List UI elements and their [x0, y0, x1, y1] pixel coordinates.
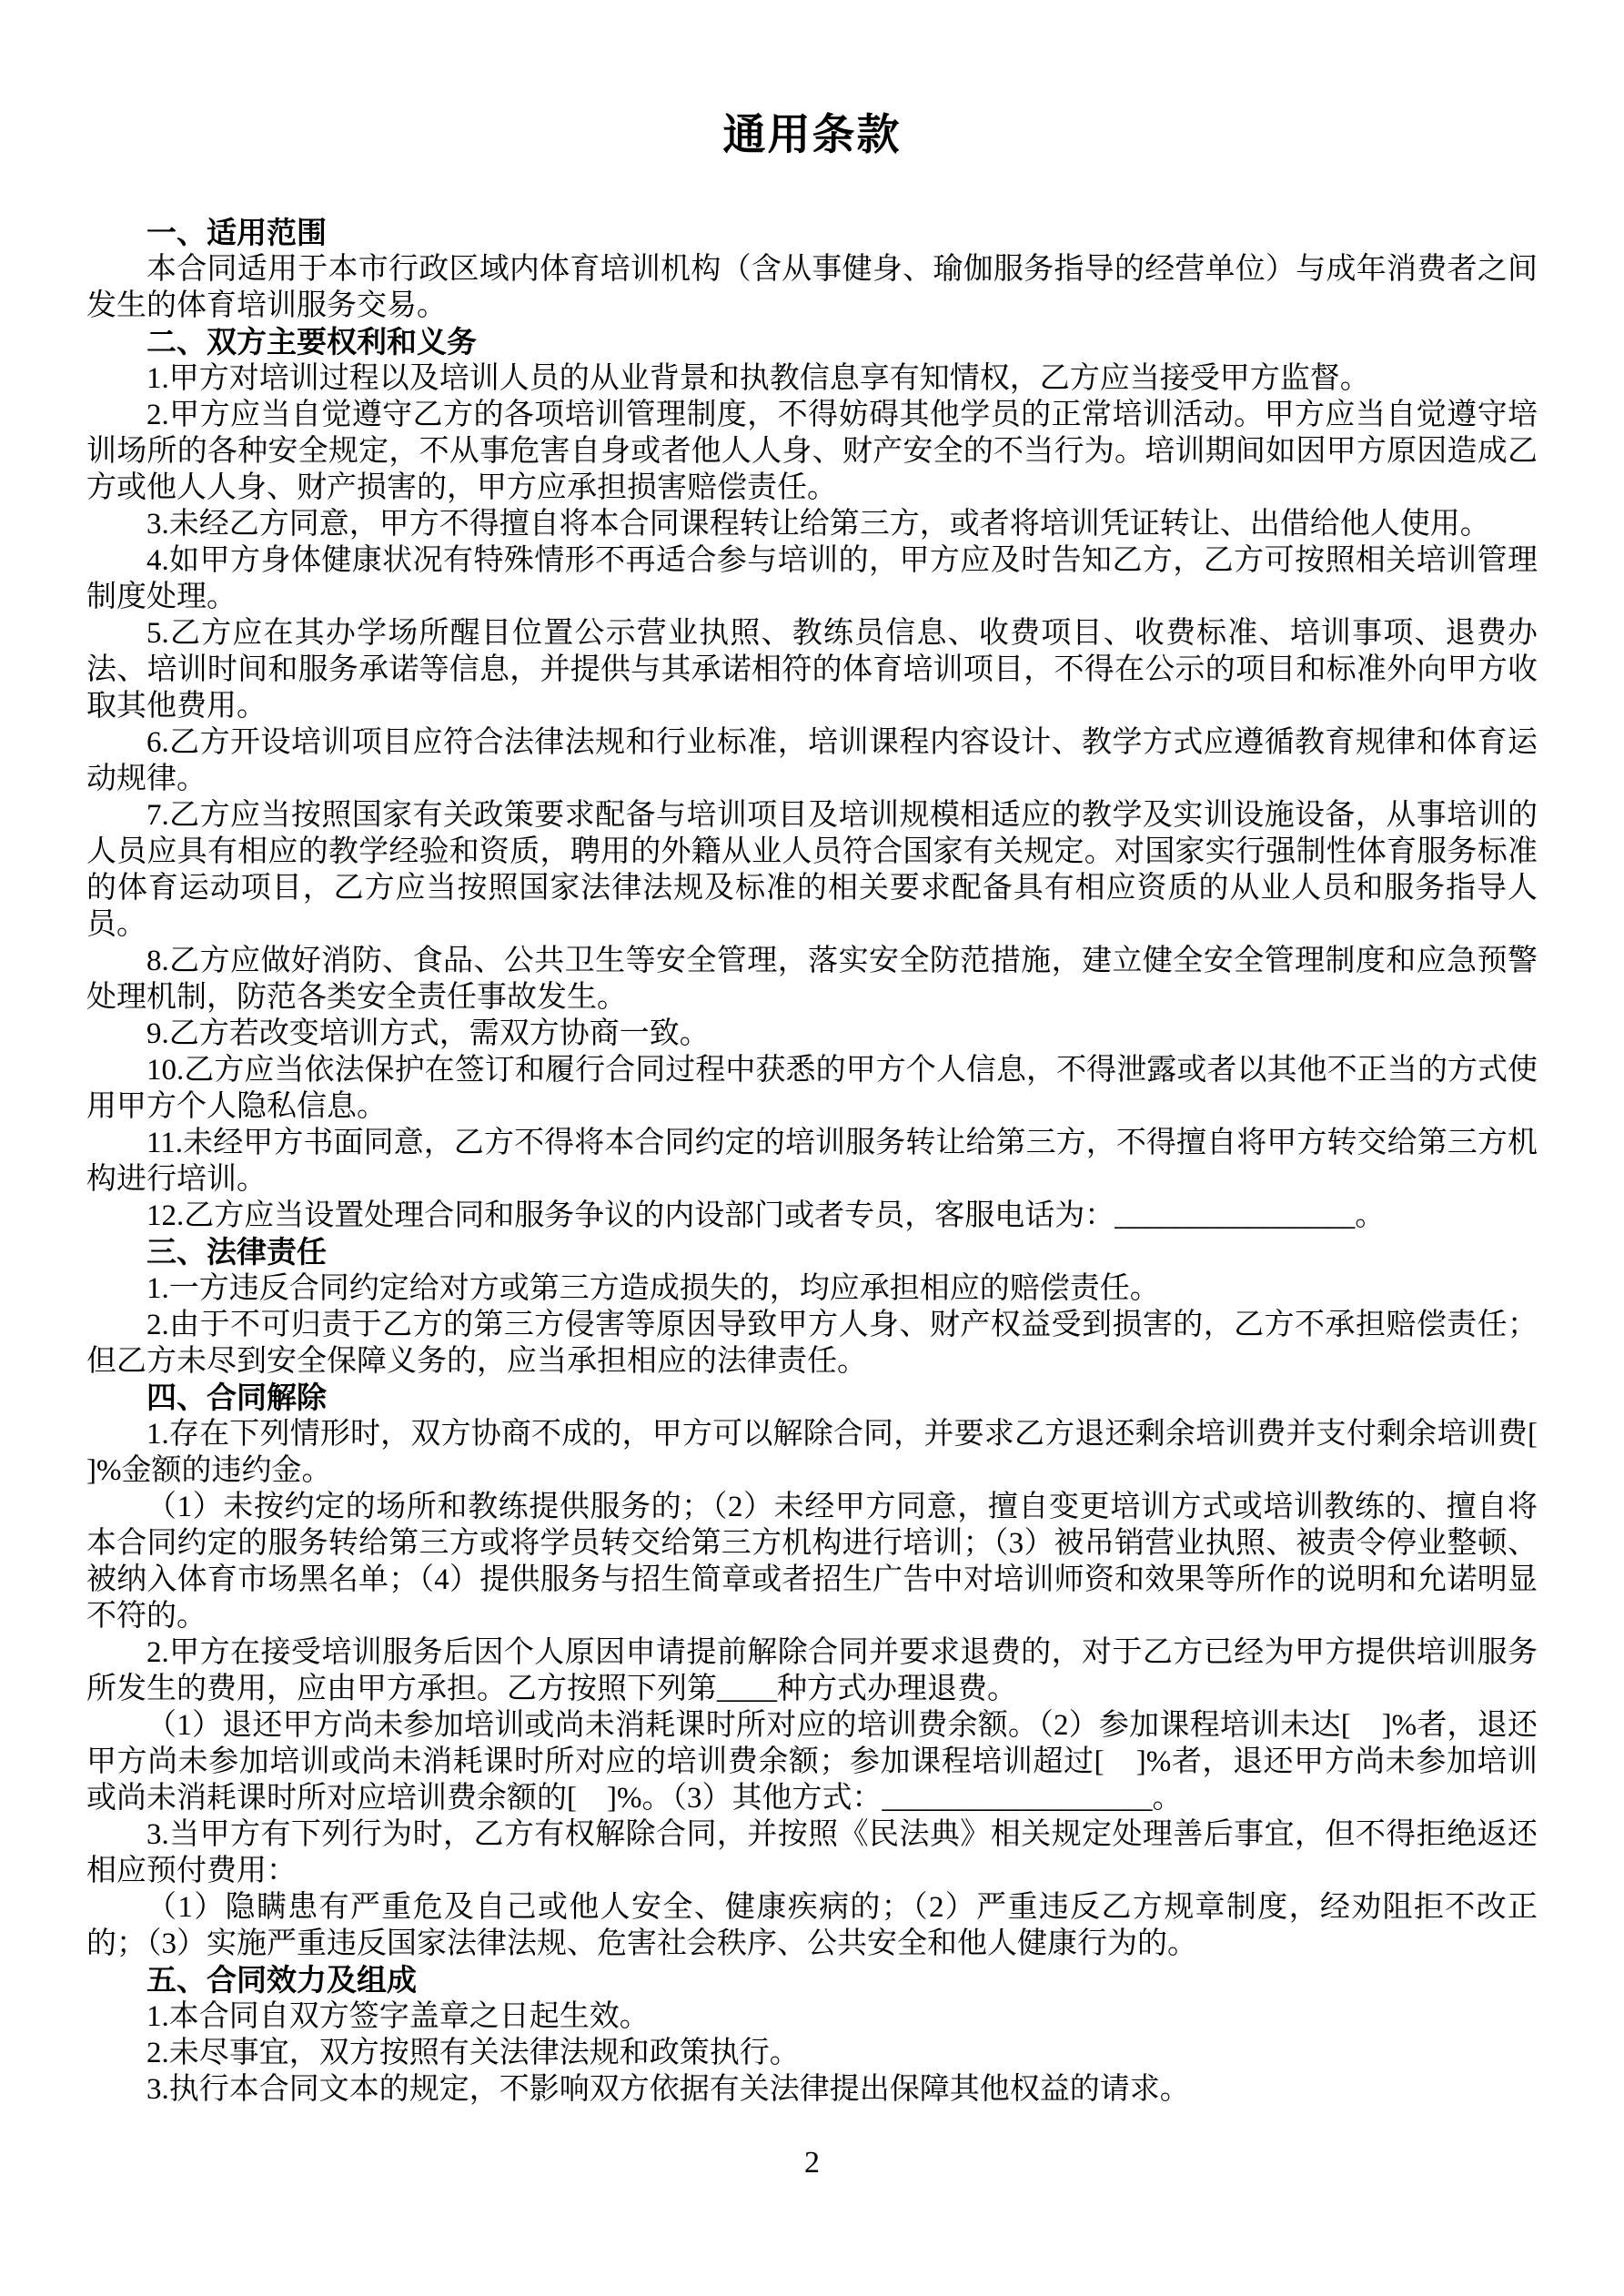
section-heading: 二、双方主要权利和义务	[86, 324, 1538, 360]
paragraph: （1）退还甲方尚未参加培训或尚未消耗课时所对应的培训费余额。（2）参加课程培训未…	[86, 1707, 1538, 1816]
paragraph: 3.当甲方有下列行为时，乙方有权解除合同，并按照《民法典》相关规定处理善后事宜，…	[86, 1816, 1538, 1889]
paragraph: （1）未按约定的场所和教练提供服务的；（2）未经甲方同意，擅自变更培训方式或培训…	[86, 1489, 1538, 1634]
paragraph: 7.乙方应当按照国家有关政策要求配备与培训项目及培训规模相适应的教学及实训设施设…	[86, 797, 1538, 943]
paragraph: 5.乙方应在其办学场所醒目位置公示营业执照、教练员信息、收费项目、收费标准、培训…	[86, 615, 1538, 724]
paragraph: 1.甲方对培训过程以及培训人员的从业背景和执教信息享有知情权，乙方应当接受甲方监…	[86, 360, 1538, 397]
paragraph: 1.存在下列情形时，双方协商不成的，甲方可以解除合同，并要求乙方退还剩余培训费并…	[86, 1416, 1538, 1489]
paragraph: 本合同适用于本市行政区域内体育培训机构（含从事健身、瑜伽服务指导的经营单位）与成…	[86, 251, 1538, 324]
paragraph: 6.乙方开设培训项目应符合法律法规和行业标准，培训课程内容设计、教学方式应遵循教…	[86, 724, 1538, 797]
paragraph: 2.由于不可归责于乙方的第三方侵害等原因导致甲方人身、财产权益受到损害的，乙方不…	[86, 1307, 1538, 1380]
paragraph: 4.如甲方身体健康状况有特殊情形不再适合参与培训的，甲方应及时告知乙方，乙方可按…	[86, 542, 1538, 615]
document-body: 一、适用范围本合同适用于本市行政区域内体育培训机构（含从事健身、瑜伽服务指导的经…	[86, 215, 1538, 2108]
section-heading: 四、合同解除	[86, 1380, 1538, 1416]
paragraph: 2.甲方在接受培训服务后因个人原因申请提前解除合同并要求退费的，对于乙方已经为甲…	[86, 1634, 1538, 1707]
paragraph: （1）隐瞒患有严重危及自己或他人安全、健康疾病的；（2）严重违反乙方规章制度，经…	[86, 1889, 1538, 1962]
page-number: 2	[0, 2145, 1624, 2181]
contract-page: 通用条款 一、适用范围本合同适用于本市行政区域内体育培训机构（含从事健身、瑜伽服…	[0, 0, 1624, 2296]
section-heading: 五、合同效力及组成	[86, 1962, 1538, 1998]
paragraph: 1.一方违反合同约定给对方或第三方造成损失的，均应承担相应的赔偿责任。	[86, 1270, 1538, 1307]
paragraph: 11.未经甲方书面同意，乙方不得将本合同约定的培训服务转让给第三方，不得擅自将甲…	[86, 1125, 1538, 1198]
paragraph: 1.本合同自双方签字盖章之日起生效。	[86, 1998, 1538, 2035]
paragraph: 8.乙方应做好消防、食品、公共卫生等安全管理，落实安全防范措施，建立健全安全管理…	[86, 943, 1538, 1016]
section-heading: 三、法律责任	[86, 1234, 1538, 1270]
paragraph: 2.甲方应当自觉遵守乙方的各项培训管理制度，不得妨碍其他学员的正常培训活动。甲方…	[86, 397, 1538, 506]
paragraph: 3.执行本合同文本的规定，不影响双方依据有关法律提出保障其他权益的请求。	[86, 2071, 1538, 2108]
page-title: 通用条款	[0, 0, 1624, 162]
paragraph: 3.未经乙方同意，甲方不得擅自将本合同课程转让给第三方，或者将培训凭证转让、出借…	[86, 506, 1538, 542]
paragraph: 12.乙方应当设置处理合同和服务争议的内设部门或者专员，客服电话为：______…	[86, 1198, 1538, 1234]
paragraph: 9.乙方若改变培训方式，需双方协商一致。	[86, 1016, 1538, 1052]
paragraph: 10.乙方应当依法保护在签订和履行合同过程中获悉的甲方个人信息，不得泄露或者以其…	[86, 1052, 1538, 1125]
section-heading: 一、适用范围	[86, 215, 1538, 251]
paragraph: 2.未尽事宜，双方按照有关法律法规和政策执行。	[86, 2035, 1538, 2071]
